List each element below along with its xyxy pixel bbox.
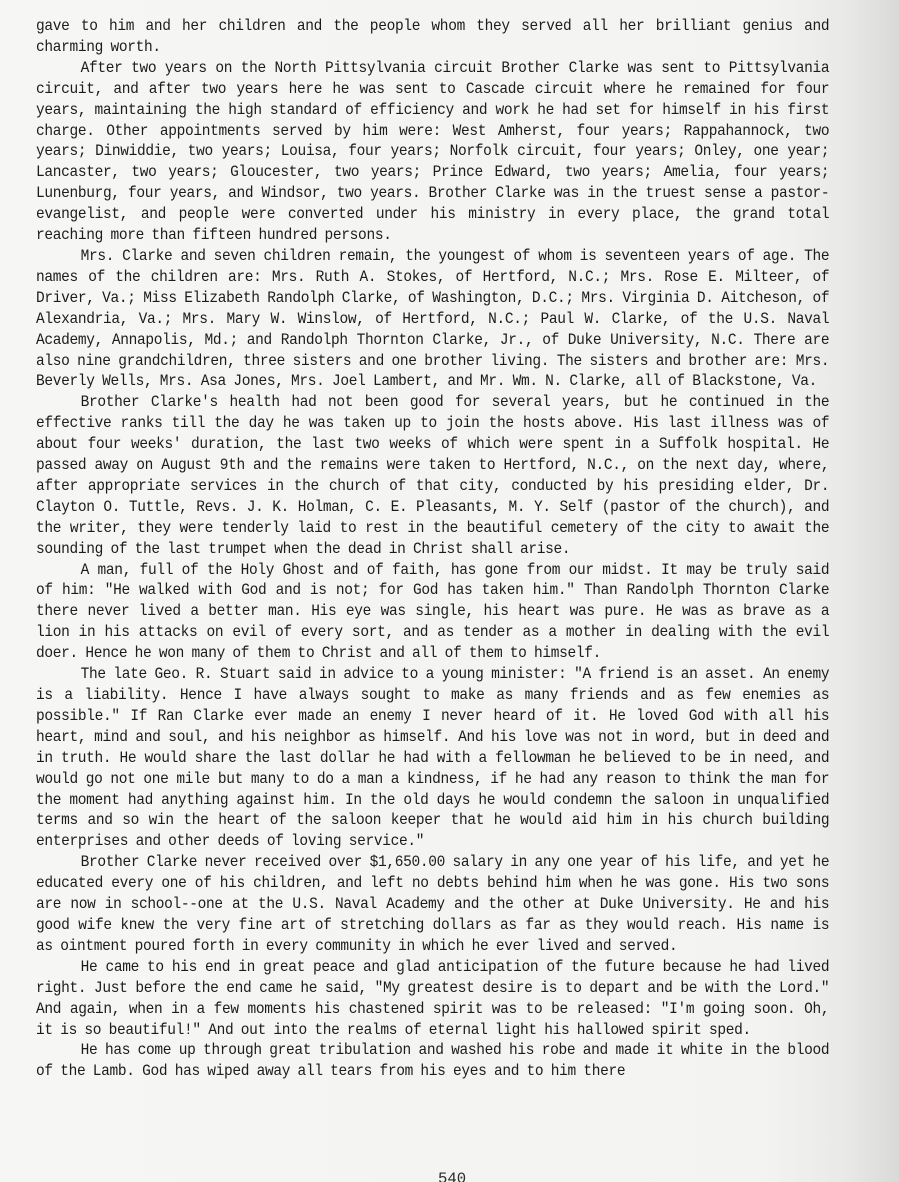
- paragraph-salary: Brother Clarke never received over $1,65…: [36, 852, 829, 957]
- scanned-page: gave to him and her children and the peo…: [0, 0, 899, 1182]
- page-number: 540: [438, 1170, 466, 1182]
- paragraph-appointments: After two years on the North Pittsylvani…: [36, 58, 829, 246]
- paragraph-character: A man, full of the Holy Ghost and of fai…: [36, 560, 829, 665]
- paragraph-tribulation: He has come up through great tribulation…: [36, 1040, 829, 1082]
- paragraph-illness-death: Brother Clarke's health had not been goo…: [36, 392, 829, 559]
- paragraph-family: Mrs. Clarke and seven children remain, t…: [36, 246, 829, 392]
- body-text: gave to him and her children and the peo…: [36, 16, 829, 1082]
- paragraph-continuation: gave to him and her children and the peo…: [36, 16, 829, 58]
- paragraph-last-words: He came to his end in great peace and gl…: [36, 957, 829, 1041]
- paragraph-friendship: The late Geo. R. Stuart said in advice t…: [36, 664, 829, 852]
